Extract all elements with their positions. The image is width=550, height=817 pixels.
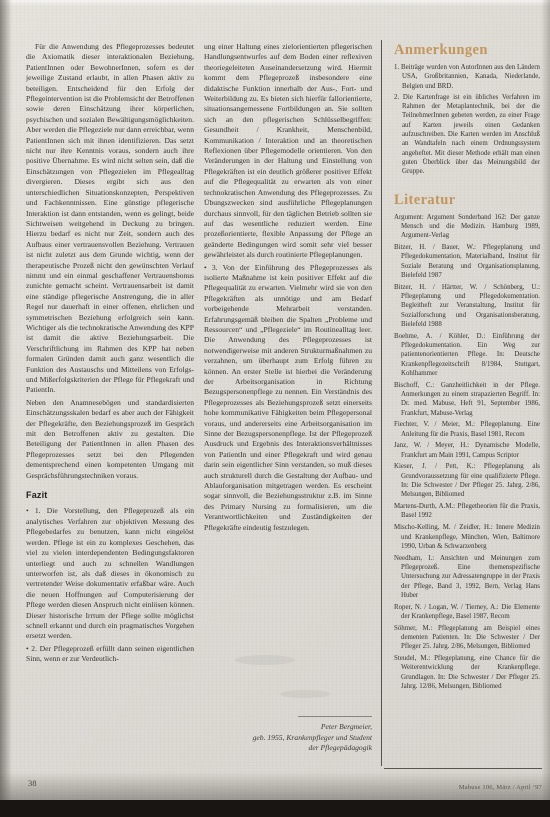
sidebar: Anmerkungen 1. Beiträge wurden von Autor… [394,42,540,766]
fazit-item: • 1. Die Vorstellung, den Pflegeprozeß a… [26,506,194,641]
literature-entry: Bitzer, H. / Bauer, W.: Pflegeplanung un… [394,243,540,280]
literature-entry: Bitzer, H. / Härtter, W. / Schönberg, U.… [394,283,540,329]
body-paragraph: ung einer Haltung eines zielorientierten… [204,42,372,261]
scan-edge-right [541,0,550,817]
column-divider [381,40,382,766]
literature-entry: Needham, I.: Ansichten und Meinungen zum… [394,554,540,600]
literature-entry: Mischo-Kelling, M. / Zeidler, H.: Innere… [394,523,540,551]
scan-smudge [235,655,295,665]
literature-entry: Bischoff, C.: Ganzheitlichkeit in der Pf… [394,381,540,418]
scan-edge-shadow [0,772,550,800]
literature-entry: Kieser, J. / Pett, K.: Pflegeplanung als… [394,462,540,499]
body-paragraph: Für die Anwendung des Pflegeprozesses be… [26,42,194,396]
scan-edge-left [0,0,12,817]
sidebar-bottom-rule [384,768,542,769]
literature-entry: Janz, W. / Meyer, H.: Dynamische Modelle… [394,441,540,460]
author-bio-line: geb. 1955, Krankenpfleger und Student [204,733,372,744]
author-name: Peter Bergmeier, [204,722,372,733]
annotation-item: 1. Beiträge wurden von AutorInnen aus de… [394,63,540,91]
fazit-item: • 2. Der Pflegeprozeß erfüllt dann seine… [26,644,194,665]
author-caption: Peter Bergmeier, geb. 1955, Krankenpfleg… [204,716,372,754]
page-content: Für die Anwendung des Pflegeprozesses be… [0,0,550,817]
annotation-item: 2. Die Kartenfrage ist ein übliches Verf… [394,93,540,177]
scan-smudge [280,690,330,698]
scan-edge-bottom [0,800,550,817]
literature-entry: Roper, N. / Logan, W. / Tierney, A.: Die… [394,603,540,622]
caption-divider [298,716,372,717]
author-bio-line: der Pflegepädagogik [204,743,372,754]
body-paragraph: Neben den Anamnesebögen und standardisie… [26,398,194,481]
scan-edge-top [0,0,550,6]
scanned-journal-page: Für die Anwendung des Pflegeprozesses be… [0,0,550,817]
literature-entry: Boehme, A. / Köhler, D.: Einführung der … [394,332,540,378]
literature-entry: Steudel, M.: Pflegeplanung, eine Chance … [394,654,540,691]
literature-entry: Martens-Durth, A.M.: Pflegetheorien für … [394,502,540,521]
fazit-heading: Fazit [26,490,194,500]
literature-entry: Argument: Argument Sonderband 162: Der g… [394,213,540,241]
literature-entry: Fiechter, V. / Meier, M.: Pflegeplanung.… [394,420,540,439]
left-column: Für die Anwendung des Pflegeprozesses be… [26,42,194,779]
annotations-heading: Anmerkungen [394,42,540,58]
middle-column: ung einer Haltung eines zielorientierten… [204,42,372,702]
literature-heading: Literatur [394,192,540,208]
body-paragraph: • 3. Von der Einführung des Pflegeprozes… [204,263,372,534]
literature-entry: Söhmer, M.: Pflegeplanung am Beispiel ei… [394,624,540,652]
